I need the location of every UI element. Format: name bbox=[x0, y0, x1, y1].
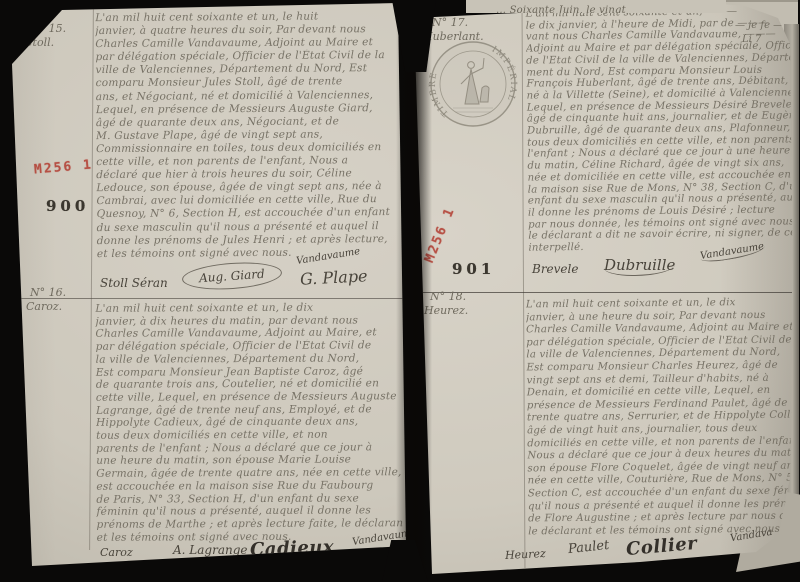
entry-17-body: L'an mil huit cent soixante et un, ———le… bbox=[526, 5, 795, 254]
left-margin-rule bbox=[89, 5, 94, 550]
previous-page-sliver: … Soixante Juin, le vingt bbox=[466, 0, 726, 13]
signature: G. Plape bbox=[300, 266, 368, 289]
entry-18-body: L'an mil huit cent soixante et un, le di… bbox=[526, 297, 794, 539]
signature: Paulet bbox=[567, 538, 610, 557]
signature: Dubruille bbox=[604, 256, 675, 276]
signature: Cadieux bbox=[250, 537, 335, 561]
signature: Aug. Giard bbox=[181, 260, 282, 293]
entry-16-margin-name: Caroz. bbox=[26, 300, 62, 313]
entry-18-margin-name: Heurez. bbox=[424, 304, 468, 317]
entry-16-margin-number: N° 16. bbox=[30, 286, 66, 299]
entry-17-margin-number: N° 17. bbox=[432, 16, 468, 29]
red-archive-stamp-left: M256 1 bbox=[33, 157, 93, 177]
signature: A. Lagrange bbox=[173, 543, 248, 557]
entry-15-body: L'an mil huit cent soixante et un, le hu… bbox=[95, 10, 403, 261]
red-archive-stamp-right: M256 1 bbox=[422, 205, 458, 265]
signature: Heurez bbox=[505, 547, 546, 562]
right-margin-rule bbox=[522, 8, 526, 568]
entry-16-body: L'an mil huit cent soixante et un, le di… bbox=[95, 301, 402, 544]
right-page-number: 901 bbox=[452, 260, 495, 278]
signature: Stoll Séran bbox=[100, 276, 168, 290]
left-page-number: 900 bbox=[46, 197, 89, 215]
previous-page-text-fragment: … Soixante Juin, le vingt bbox=[496, 5, 626, 13]
timbre-imperial-stamp: TIMBRE IMPÉRIAL bbox=[427, 38, 519, 130]
signature: Brevele bbox=[532, 262, 578, 276]
register-book-scan: … Soixante Juin, le vingt N° 15. Stoll. … bbox=[0, 0, 800, 582]
left-entry-separator bbox=[16, 298, 404, 299]
right-entry-separator bbox=[416, 292, 792, 293]
entry-15-margin-number: N° 15. bbox=[30, 22, 66, 35]
entry-15-margin-name: Stoll. bbox=[25, 36, 54, 49]
entry-18-margin-number: N° 18. bbox=[430, 290, 466, 303]
signature: Caroz bbox=[100, 546, 133, 559]
